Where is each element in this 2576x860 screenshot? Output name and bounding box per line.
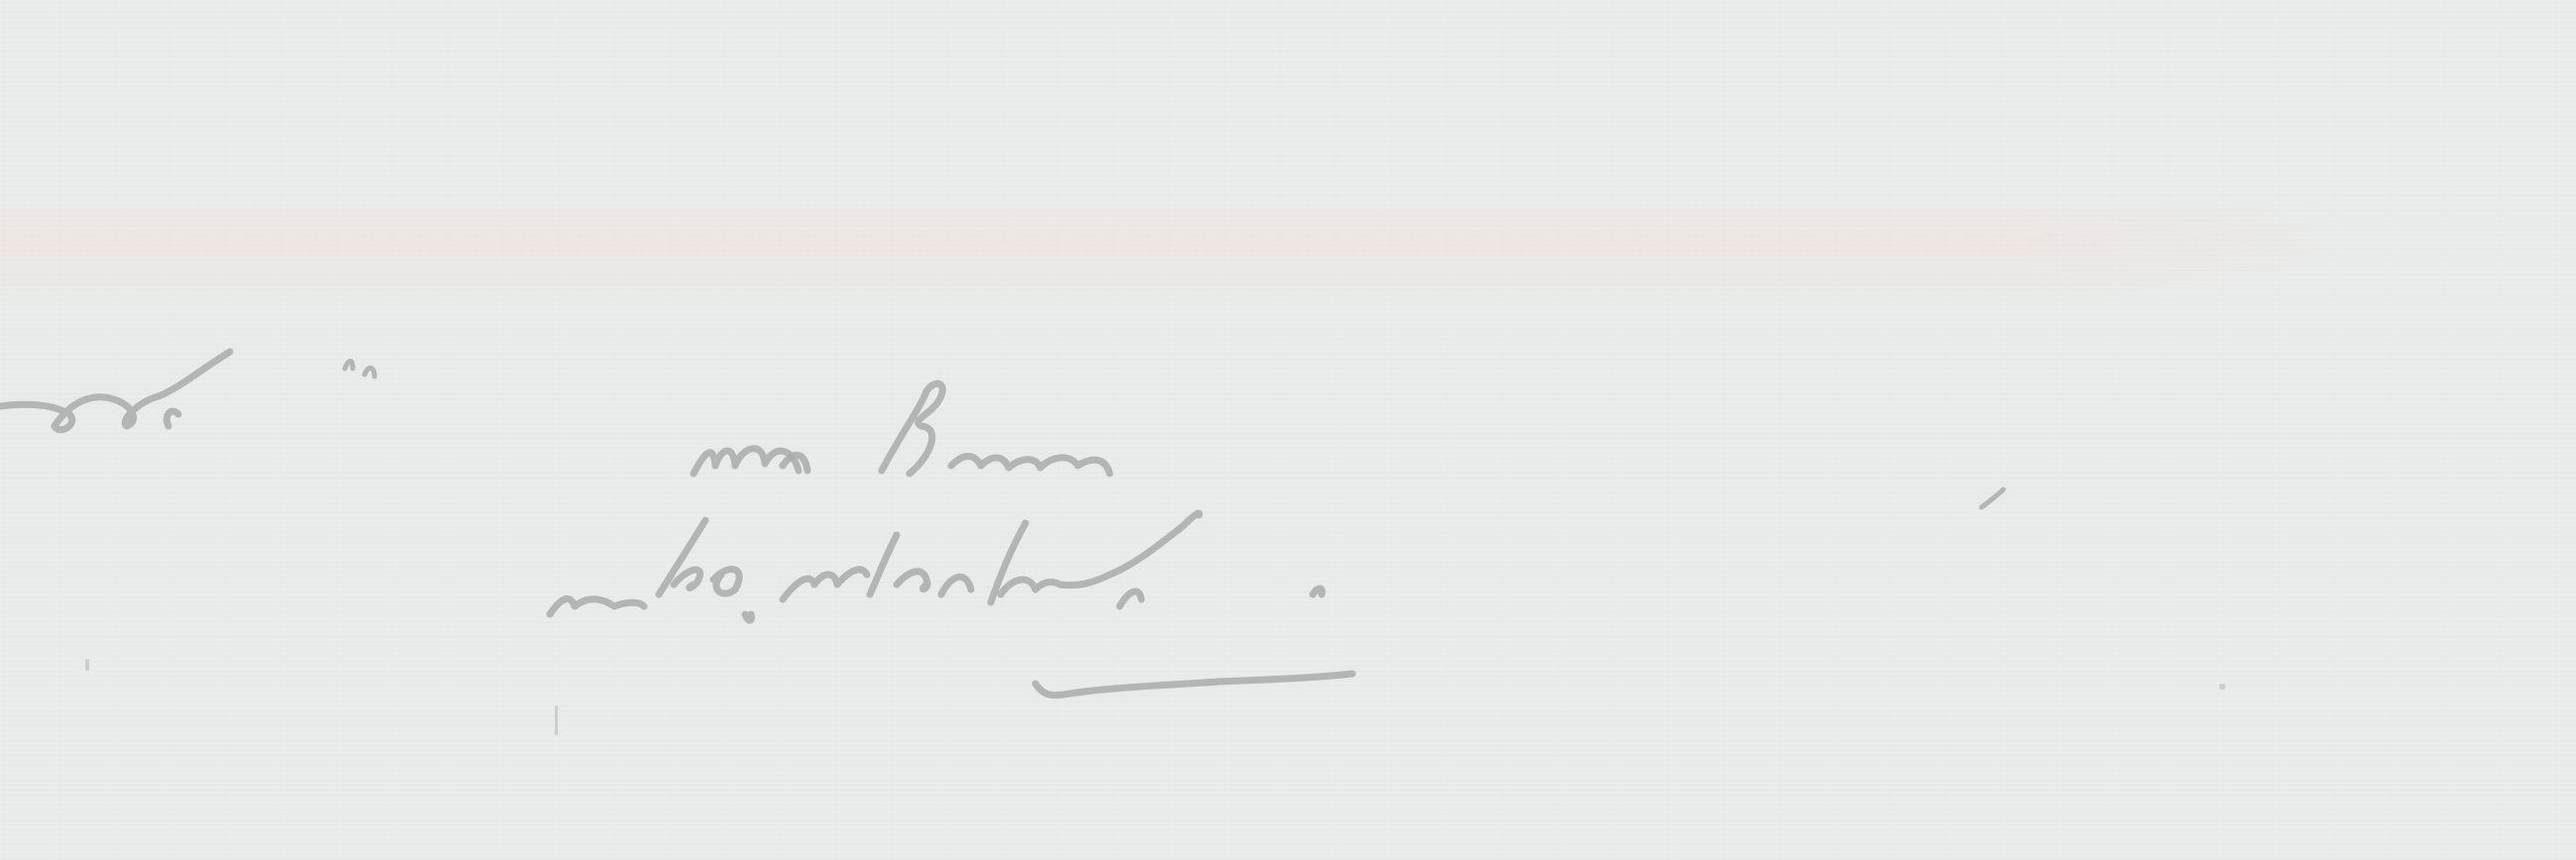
handwriting-underline (1035, 674, 1352, 696)
paper-speck (85, 659, 89, 671)
handwriting-line-3: v. Ko. Oosterkerk (555, 535, 2011, 604)
paper-speck (555, 705, 558, 735)
handwriting-line-2: von Braun (684, 386, 1556, 456)
paper-speck (2219, 684, 2225, 690)
handwriting-line-1: ...rd " (0, 357, 416, 426)
